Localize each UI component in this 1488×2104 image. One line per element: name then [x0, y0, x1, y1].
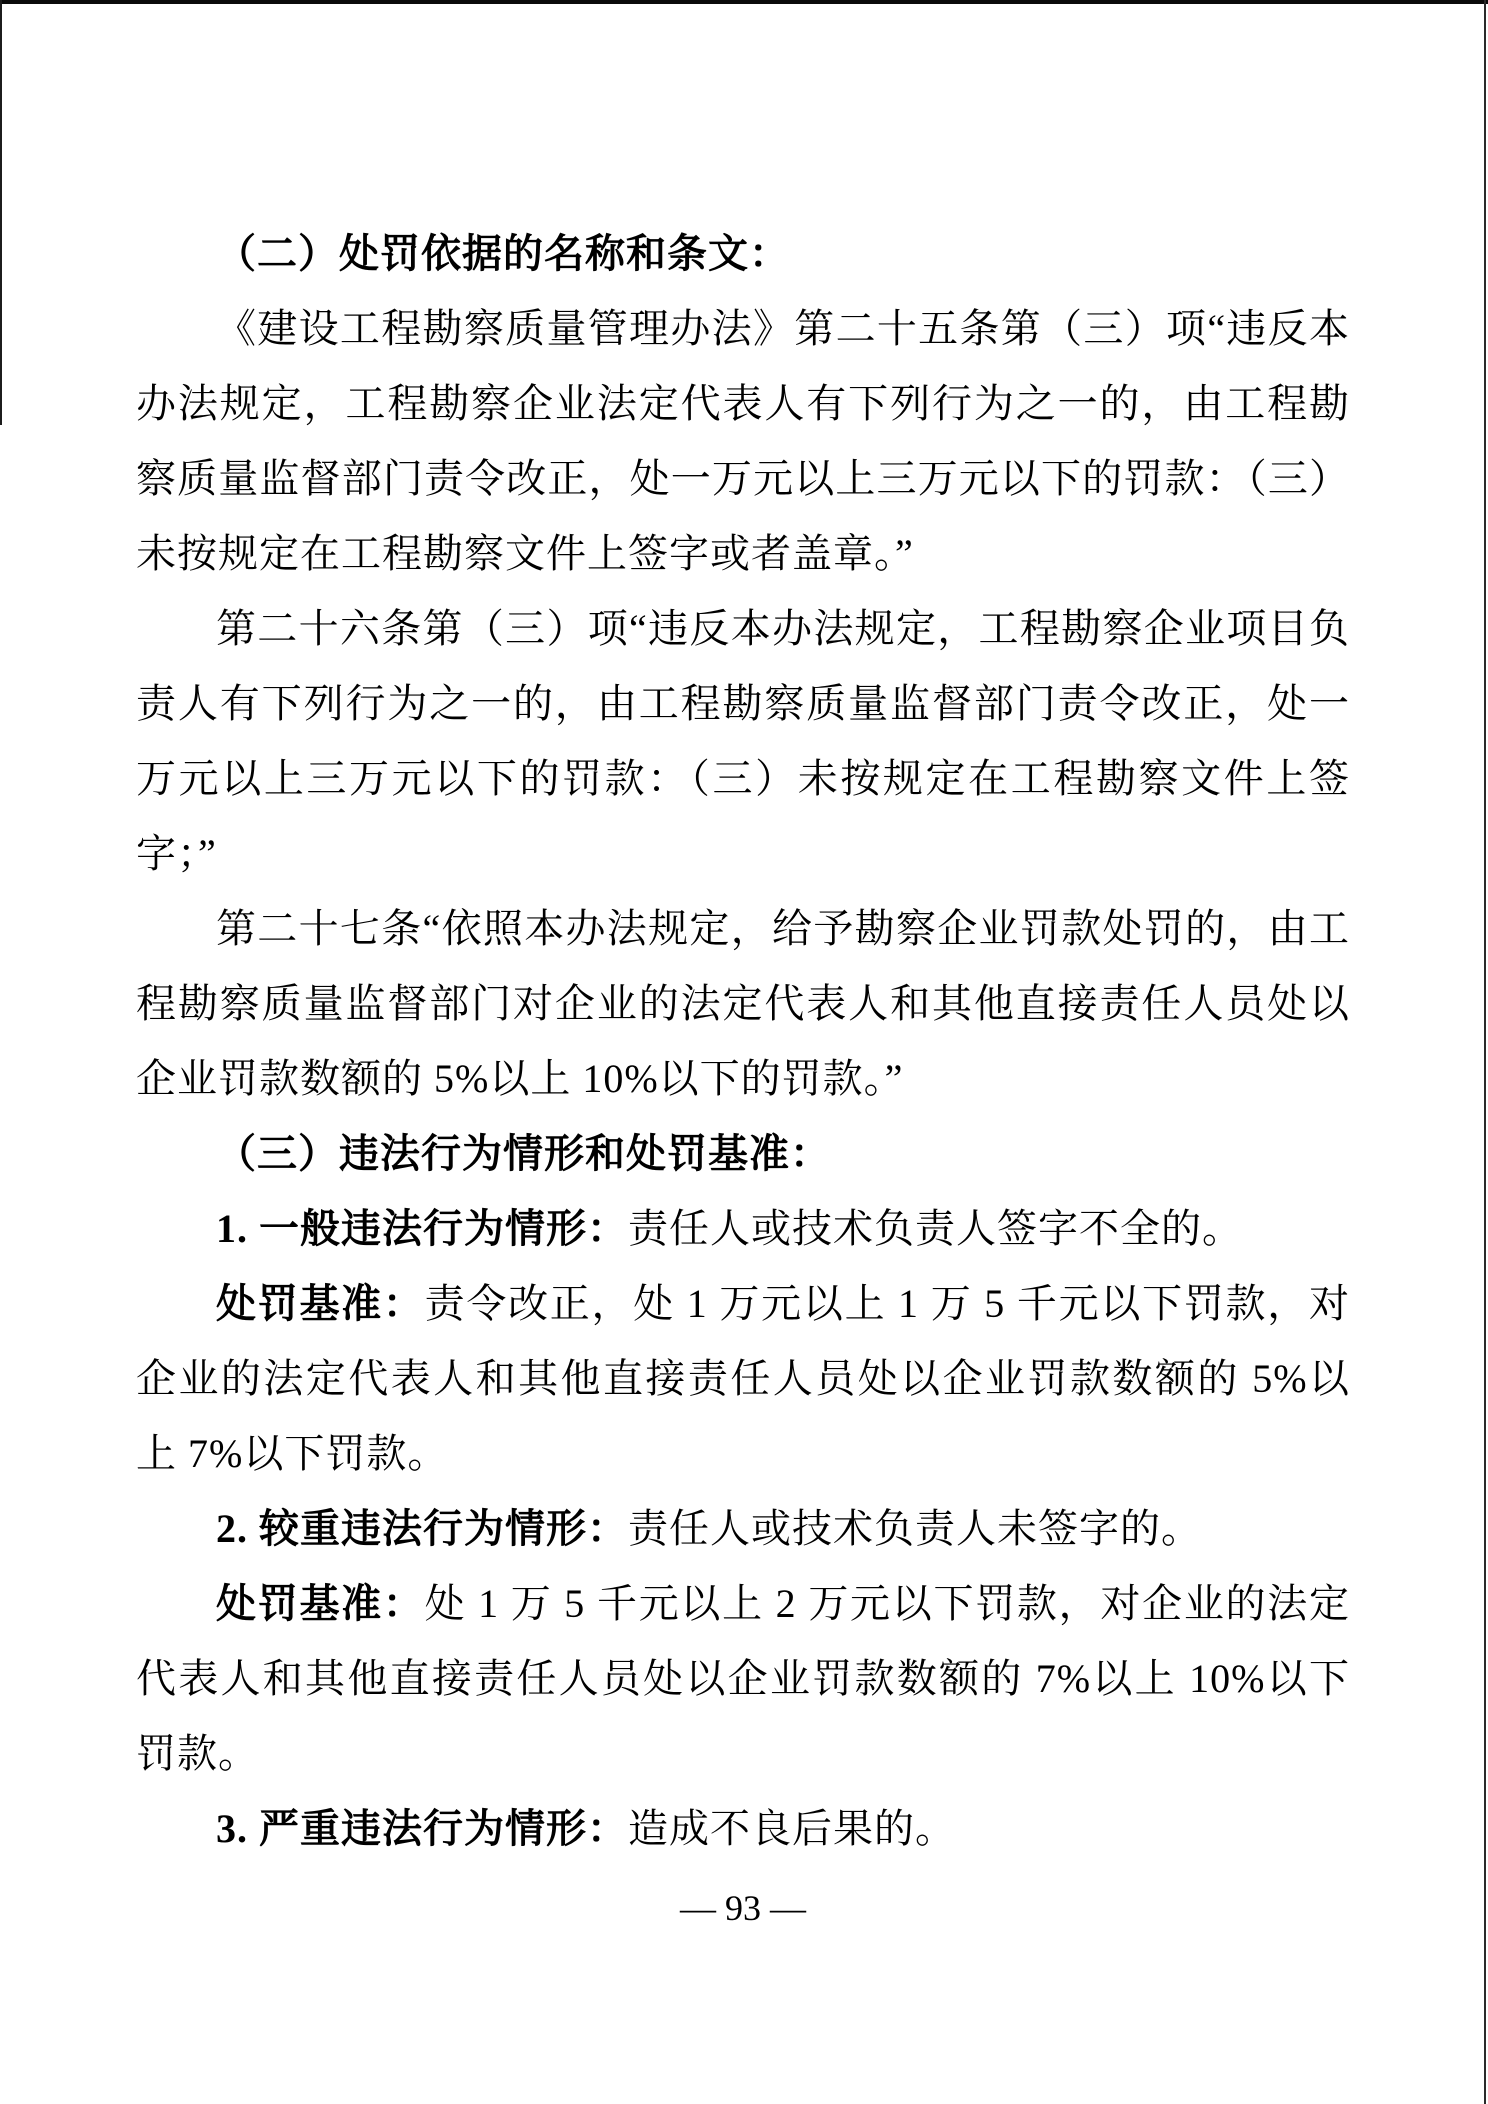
item-text: 责任人或技术负责人未签字的。	[628, 1506, 1202, 1551]
document-body: （二）处罚依据的名称和条文：《建设工程勘察质量管理办法》第二十五条第（三）项“违…	[136, 216, 1350, 1866]
scan-artifact-right-edge	[1484, 0, 1486, 2104]
item-paragraph: 处罚基准：处 1 万 5 千元以上 2 万元以下罚款，对企业的法定代表人和其他直…	[136, 1566, 1350, 1791]
body-paragraph: 《建设工程勘察质量管理办法》第二十五条第（三）项“违反本办法规定，工程勘察企业法…	[136, 291, 1350, 591]
item-label: 1. 一般违法行为情形：	[216, 1206, 628, 1251]
item-paragraph: 1. 一般违法行为情形：责任人或技术负责人签字不全的。	[136, 1191, 1350, 1266]
body-paragraph: 第二十七条“依照本办法规定，给予勘察企业罚款处罚的，由工程勘察质量监督部门对企业…	[136, 891, 1350, 1116]
page-footer: — 93 —	[136, 1884, 1350, 1932]
item-paragraph: 处罚基准：责令改正，处 1 万元以上 1 万 5 千元以下罚款，对企业的法定代表…	[136, 1266, 1350, 1491]
scan-artifact-top-edge	[0, 0, 1488, 4]
page-number: — 93 —	[680, 1888, 806, 1928]
item-label: 3. 严重违法行为情形：	[216, 1806, 628, 1851]
item-label: 处罚基准：	[216, 1281, 425, 1326]
section-heading: （三）违法行为情形和处罚基准：	[136, 1116, 1350, 1191]
item-paragraph: 3. 严重违法行为情形：造成不良后果的。	[136, 1791, 1350, 1866]
item-text: 造成不良后果的。	[628, 1806, 956, 1851]
scanned-document-page: { "page": { "footer": "— 93 —", "colors"…	[0, 0, 1488, 2104]
item-paragraph: 2. 较重违法行为情形：责任人或技术负责人未签字的。	[136, 1491, 1350, 1566]
item-label: 处罚基准：	[216, 1581, 425, 1626]
item-label: 2. 较重违法行为情形：	[216, 1506, 628, 1551]
section-heading: （二）处罚依据的名称和条文：	[136, 216, 1350, 291]
body-paragraph: 第二十六条第（三）项“违反本办法规定，工程勘察企业项目负责人有下列行为之一的，由…	[136, 591, 1350, 891]
item-text: 责任人或技术负责人签字不全的。	[628, 1206, 1243, 1251]
scan-artifact-left-edge	[0, 0, 2, 425]
